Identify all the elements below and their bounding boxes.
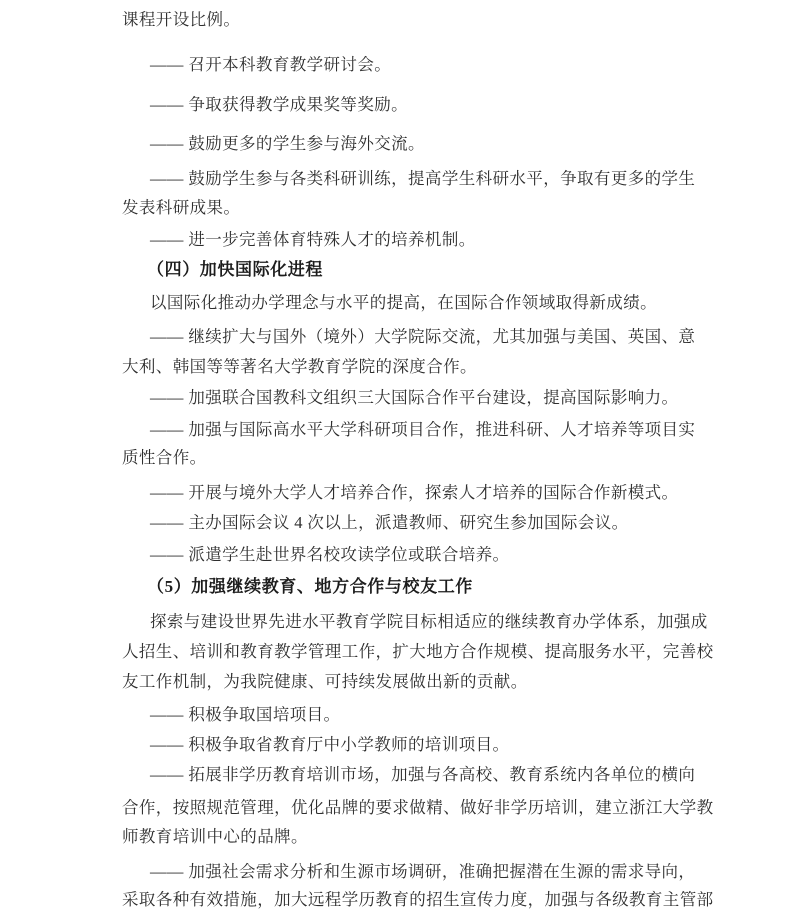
document-line: 发表科研成果。 xyxy=(122,196,240,220)
document-line: 以国际化推动办学理念与水平的提高，在国际合作领域取得新成绩。 xyxy=(150,291,657,315)
document-line: —— 加强社会需求分析和生源市场调研，准确把握潜在生源的需求导向， xyxy=(150,860,695,884)
document-line: 质性合作。 xyxy=(122,446,207,470)
section-heading: （5）加强继续教育、地方合作与校友工作 xyxy=(147,575,473,599)
document-line: —— 加强联合国教科文组织三大国际合作平台建设，提高国际影响力。 xyxy=(150,386,678,410)
document-line: —— 继续扩大与国外（境外）大学院际交流，尤其加强与美国、英国、意 xyxy=(150,325,695,349)
document-line: —— 鼓励更多的学生参与海外交流。 xyxy=(150,132,425,156)
document-line: —— 鼓励学生参与各类科研训练，提高学生科研水平，争取有更多的学生 xyxy=(150,167,695,191)
document-line: 大利、韩国等等著名大学教育学院的深度合作。 xyxy=(122,355,477,379)
document-line: —— 积极争取省教育厅中小学教师的培训项目。 xyxy=(150,733,509,757)
document-line: —— 开展与境外大学人才培养合作，探索人才培养的国际合作新模式。 xyxy=(150,481,678,505)
document-line: —— 召开本科教育教学研讨会。 xyxy=(150,53,391,77)
document-line: 人招生、培训和教育教学管理工作，扩大地方合作规模、提高服务水平，完善校 xyxy=(122,640,714,664)
document-line: 友工作机制，为我院健康、可持续发展做出新的贡献。 xyxy=(122,670,528,694)
document-line: —— 进一步完善体育特殊人才的培养机制。 xyxy=(150,228,476,252)
document-line: —— 拓展非学历教育培训市场，加强与各高校、教育系统内各单位的横向 xyxy=(150,763,695,787)
document-line: 合作，按照规范管理，优化品牌的要求做精、做好非学历培训，建立浙江大学教 xyxy=(122,796,714,820)
document-line: 课程开设比例。 xyxy=(122,8,240,32)
document-line: —— 主办国际会议 4 次以上，派遣教师、研究生参加国际会议。 xyxy=(150,511,629,535)
document-line: —— 派遣学生赴世界名校攻读学位或联合培养。 xyxy=(150,543,509,567)
document-line: —— 争取获得教学成果奖等奖励。 xyxy=(150,93,408,117)
section-heading: （四）加快国际化进程 xyxy=(147,258,323,282)
document-line: —— 加强与国际高水平大学科研项目合作，推进科研、人才培养等项目实 xyxy=(150,418,695,442)
document-line: 采取各种有效措施，加大远程学历教育的招生宣传力度，加强与各级教育主管部 xyxy=(122,888,714,912)
document-page: 课程开设比例。—— 召开本科教育教学研讨会。—— 争取获得教学成果奖等奖励。——… xyxy=(0,0,799,919)
document-line: 探索与建设世界先进水平教育学院目标相适应的继续教育办学体系，加强成 xyxy=(150,610,708,634)
document-line: 师教育培训中心的品牌。 xyxy=(122,825,308,849)
document-line: —— 积极争取国培项目。 xyxy=(150,703,340,727)
